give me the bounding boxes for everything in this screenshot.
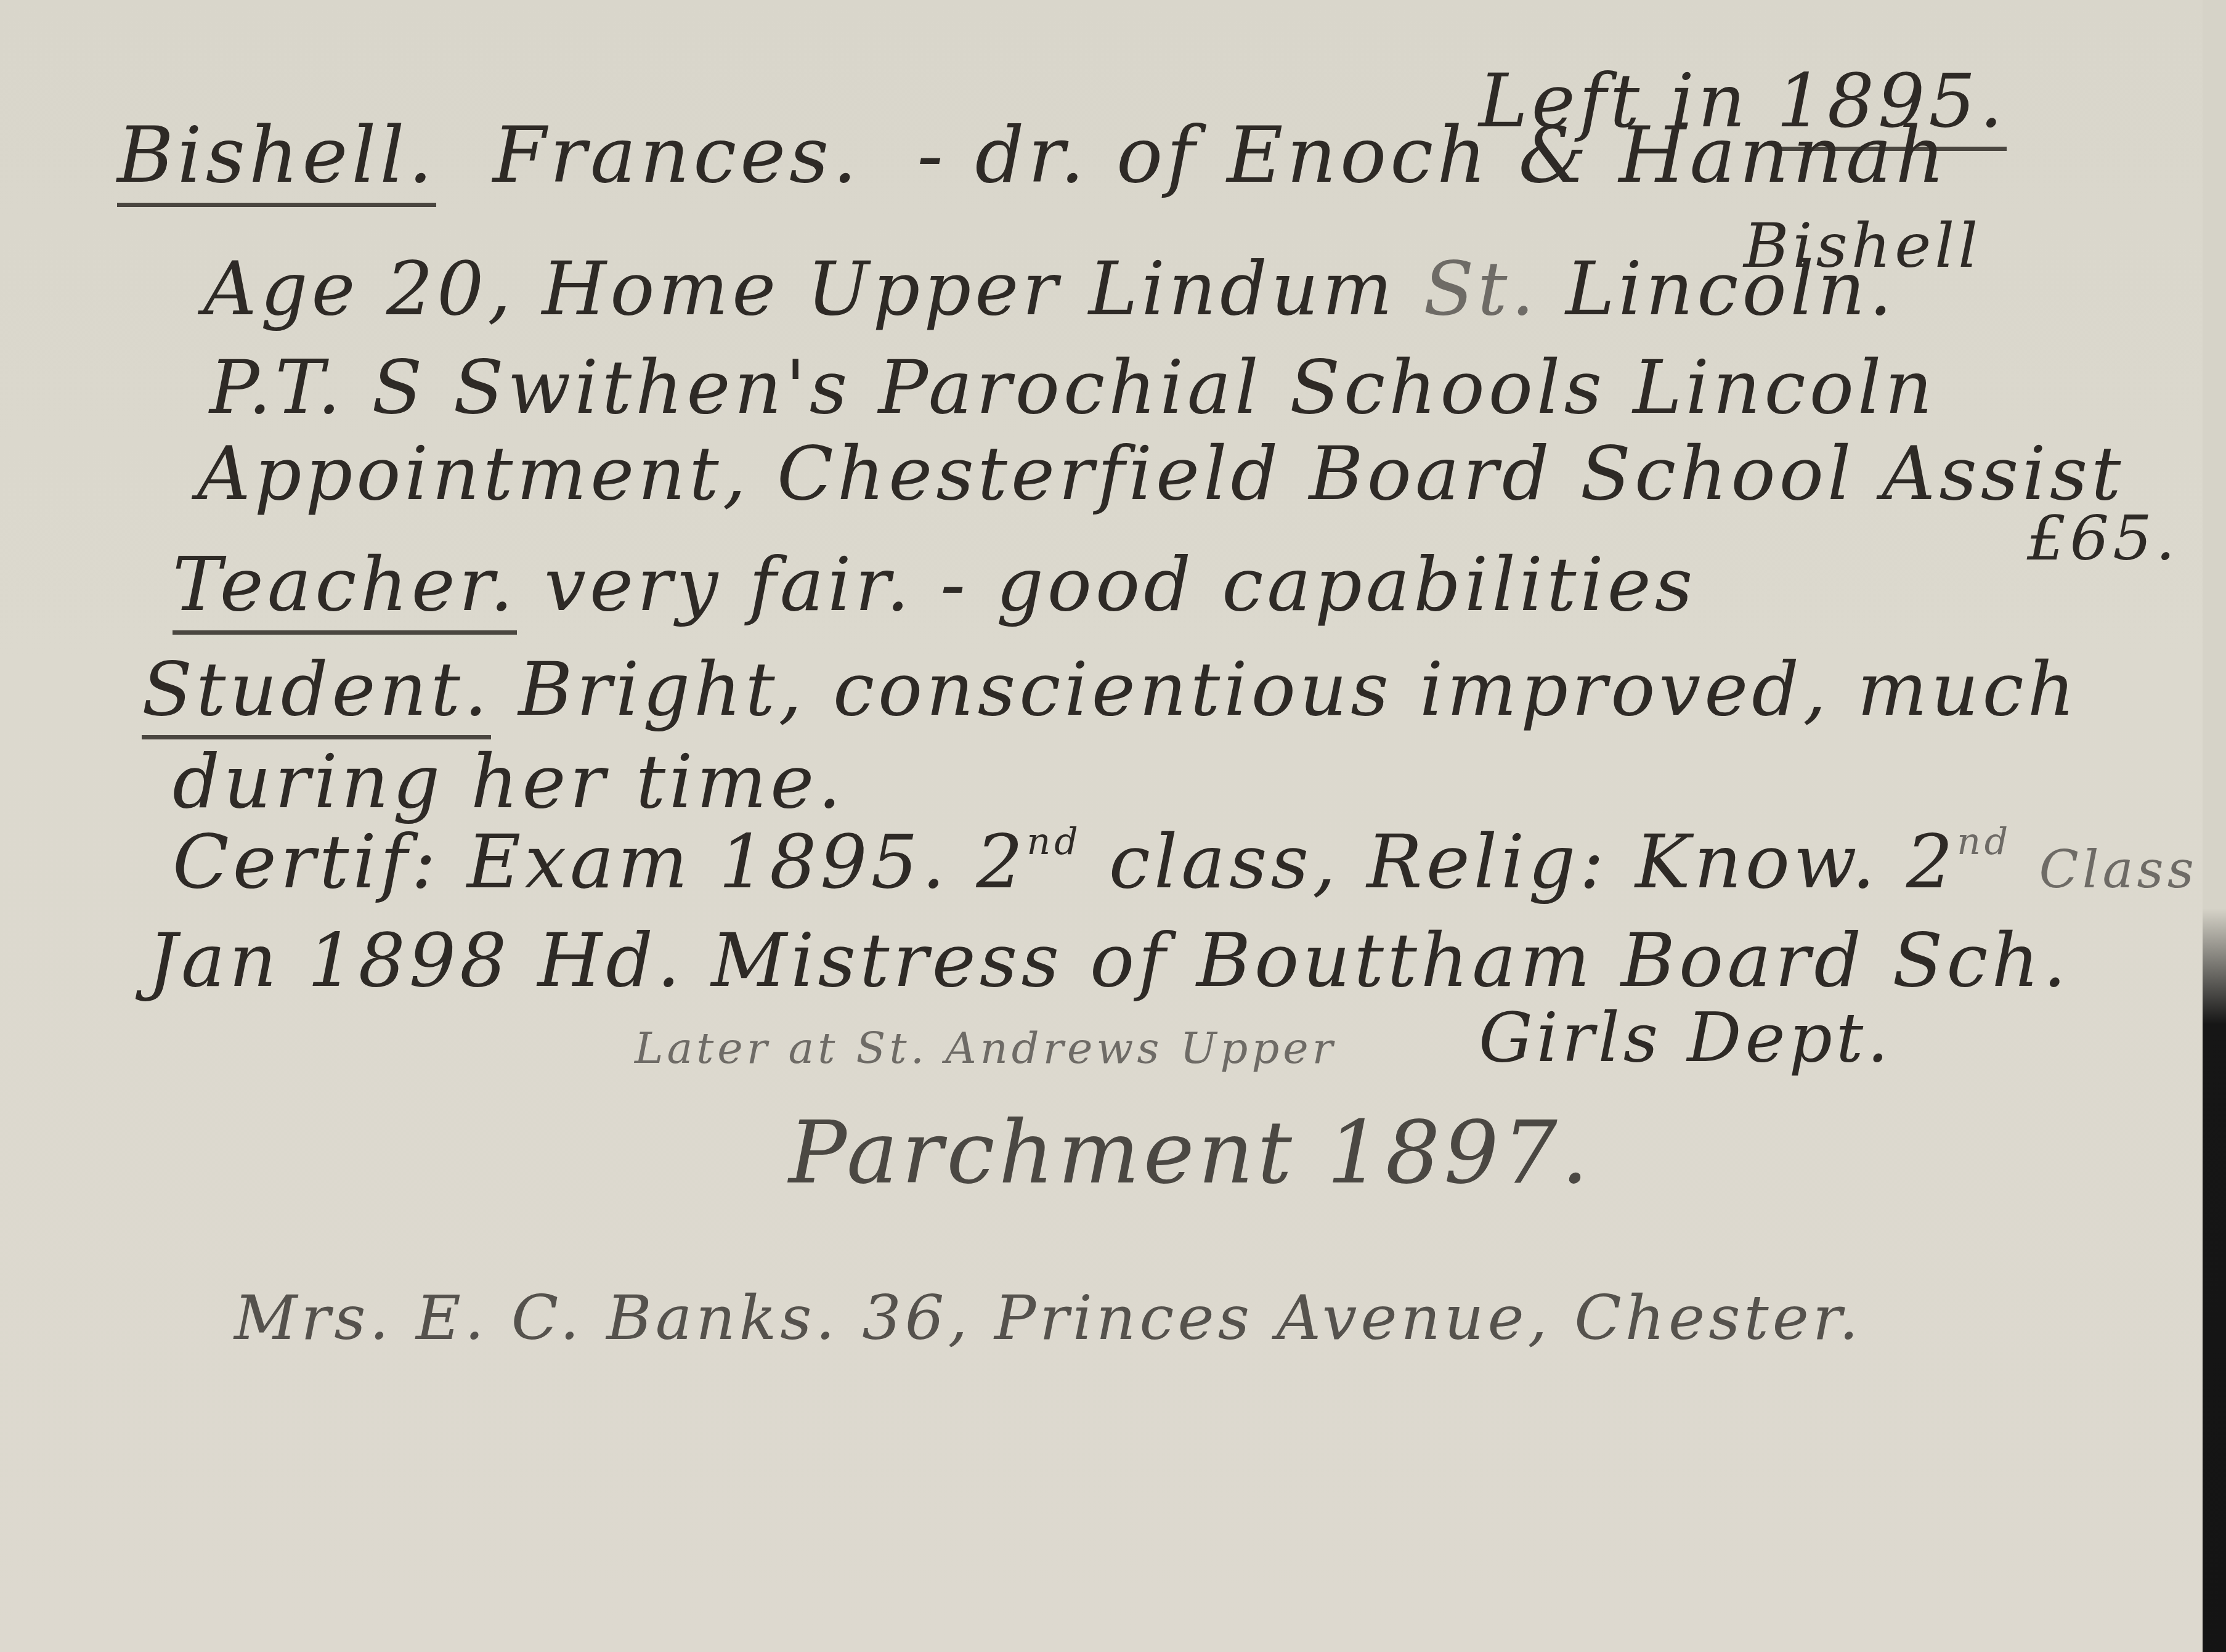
line-school: P.T. S Swithen's Parochial Schools Linco… xyxy=(209,345,1936,431)
line-later: Later at St. Andrews Upper xyxy=(635,1023,1336,1073)
student-label: Student. xyxy=(142,647,491,739)
line-home: Age 20, Home Upper Lindum St. Lincoln. xyxy=(203,246,1896,332)
forename: Frances. xyxy=(493,111,861,200)
line-student: Student. Bright, conscientious improved,… xyxy=(142,647,2079,733)
line-dept: Girls Dept. xyxy=(1479,998,1892,1077)
line-parchment: Parchment 1897. xyxy=(789,1103,1592,1203)
parentage: - dr. of Enoch & Hannah xyxy=(917,111,1949,200)
line-address: Mrs. E. C. Banks. 36, Princes Avenue, Ch… xyxy=(234,1282,1862,1354)
salary: £65. xyxy=(2027,502,2179,574)
surname: Bishell. xyxy=(117,111,436,207)
line-student-cont: during her time. xyxy=(173,739,845,825)
header-line: Bishell. Frances. - dr. of Enoch & Hanna… xyxy=(117,111,1949,200)
teacher-label: Teacher. xyxy=(173,542,517,635)
street-insert: St. xyxy=(1423,246,1538,332)
register-page: Left in 1895. Bishell. Frances. - dr. of… xyxy=(0,0,2203,1652)
page-edge-shadow xyxy=(2203,0,2226,1652)
line-teacher: Teacher. very fair. - good capabilities xyxy=(173,542,1696,628)
line-appointment: Appointment, Chesterfield Board School A… xyxy=(197,431,2125,517)
line-jan1898: Jan 1898 Hd. Mistress of Bouttham Board … xyxy=(148,918,2070,1004)
line-certif: Certif: Exam 1895. 2nd class, Relig: Kno… xyxy=(173,820,2198,905)
